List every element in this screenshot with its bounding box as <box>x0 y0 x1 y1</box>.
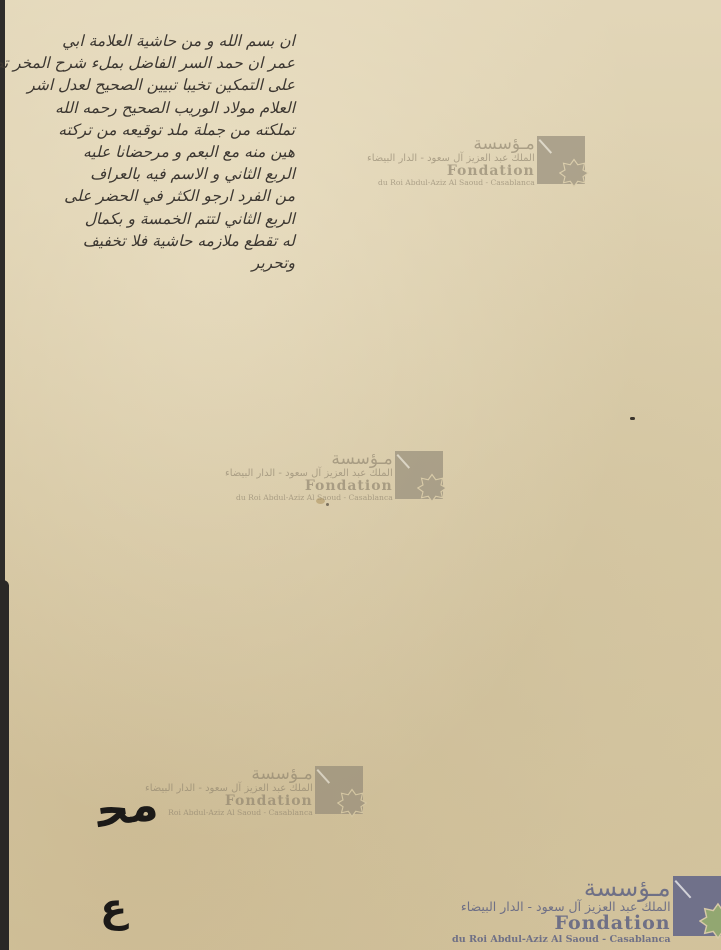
text-line: العلام مولاد الوريب الصحيح رحمه الله <box>10 97 295 119</box>
watermark-arabic-title: مـؤسسة <box>584 876 671 900</box>
fondation-watermark: مـؤسسة الملك عبد العزيز آل سعود - الدار … <box>145 766 363 817</box>
watermark-arabic-title: مـؤسسة <box>251 766 312 783</box>
fondation-logo-icon <box>673 876 721 936</box>
ink-mark: ع <box>100 885 127 931</box>
watermark-french-subtitle: du Roi Abdul-Aziz Al Saoud - Casablanca <box>452 934 671 945</box>
text-line: عمر ان حمد السر الفاضل بملء شرح المخر تص… <box>10 52 295 74</box>
watermark-french-subtitle: du Roi Abdul-Aziz Al Saoud - Casablanca <box>378 179 535 188</box>
fondation-logo-icon <box>395 451 443 499</box>
text-line: هين منه مع البعم و مرحضانا عليه <box>10 141 295 163</box>
watermark-french-title: Fondation <box>447 164 535 179</box>
text-line: الربع الثاني و الاسم فيه بالعراف <box>10 163 295 185</box>
ink-speck <box>630 417 635 420</box>
watermark-french-subtitle: du Roi Abdul-Aziz Al Saoud - Casablanca <box>236 494 393 503</box>
manuscript-page: ان بسم الله و من حاشية العلامة ابي عمر ا… <box>0 0 721 950</box>
fondation-watermark: مـؤسسة الملك عبد العزيز آل سعود - الدار … <box>225 451 443 502</box>
watermark-french-title: Fondation <box>555 914 671 934</box>
watermark-french-subtitle: Roi Abdul-Aziz Al Saoud - Casablanca <box>168 809 313 818</box>
watermark-french-title: Fondation <box>225 794 313 809</box>
fondation-logo-watermark: مـؤسسة الملك عبد العزيز آل سعود - الدار … <box>452 876 721 945</box>
fondation-watermark: مـؤسسة الملك عبد العزيز آل سعود - الدار … <box>367 136 585 187</box>
text-line: له تقطع ملازمه حاشية فلا تخفيف <box>10 230 295 252</box>
scan-edge-shadow-lower <box>0 580 9 950</box>
text-line: على التمكين تخيبا تبيين الصحيح لعدل اشر <box>10 74 295 96</box>
text-line: وتحرير <box>10 252 295 274</box>
text-line: الربع الثاني لتتم الخمسة و بكمال <box>10 208 295 230</box>
handwritten-text-block: ان بسم الله و من حاشية العلامة ابي عمر ا… <box>10 30 295 274</box>
watermark-french-title: Fondation <box>305 479 393 494</box>
text-line: ان بسم الله و من حاشية العلامة ابي <box>10 30 295 52</box>
watermark-arabic-title: مـؤسسة <box>473 136 534 153</box>
fondation-logo-icon <box>315 766 363 814</box>
ink-speck <box>326 503 329 506</box>
fondation-logo-icon <box>537 136 585 184</box>
text-line: من الفرد ارجو الكثر في الحضر على <box>10 185 295 207</box>
watermark-arabic-title: مـؤسسة <box>331 451 392 468</box>
text-line: تملكته من جملة ملد توقيعه من تركته <box>10 119 295 141</box>
